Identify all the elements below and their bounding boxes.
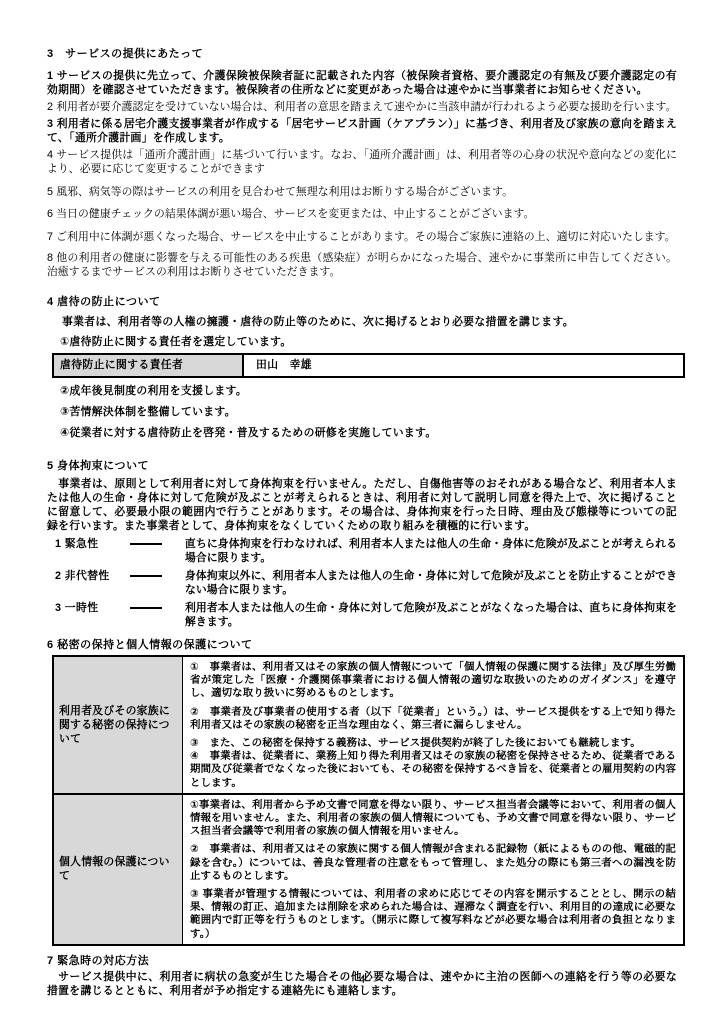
dash-line <box>130 575 162 577</box>
confidentiality-paragraph-2: ② 事業者及び事業者の使用する者（以下「従業者」という。）は、サービス提供をする… <box>190 706 676 732</box>
s3-paragraph-7: 7 ご利用中に体調が悪くなった場合、サービスを中止することがあります。その場合ご… <box>47 230 677 244</box>
s3-paragraph-4: 4 サービス提供は「通所介護計画」に基づいて行います。なお、「通所介護計画」は、… <box>47 148 677 176</box>
restraint-condition-row-2: 2 非代替性 身体拘束以外に、利用者本人または他人の生命・身体に対して危険が及ぶ… <box>47 569 677 597</box>
section-6-heading: 6 秘密の保持と個人情報の保護について <box>47 638 677 652</box>
restraint-condition-desc: 利用者本人または他人の生命・身体に対して危険が及ぶことがなくなった場合は、直ちに… <box>185 601 677 629</box>
s3-paragraph-3: 3 利用者に係る居宅介護支援事業者が作成する「居宅サービス計画（ケアプラン）」に… <box>47 117 677 145</box>
confidentiality-row-content: ① 事業者は、利用者又はその家族の個人情報について「個人情報の保護に関する法律」… <box>183 657 683 793</box>
abuse-item-3: ③苦情解決体制を整備しています。 <box>60 405 677 419</box>
personal-info-paragraph-2: ② 事業者は、利用者又はその家族に関する個人情報が含まれる記録物（紙によるものの… <box>190 843 676 883</box>
restraint-condition-label: 2 非代替性 <box>47 569 130 583</box>
section-3: 3 サービスの提供にあたって 1 サービスの提供に先立って、介護保険被保険者証に… <box>47 47 677 279</box>
restraint-intro: 事業者は、原則として利用者に対して身体拘束を行いません。ただし、自傷他害等のおそ… <box>47 477 677 533</box>
restraint-condition-desc: 直ちに身体拘束を行わなければ、利用者本人または他人の生命・身体に危険が及ぶことが… <box>185 537 677 565</box>
section-4: 4 虐待の防止について 事業者は、利用者等の人権の擁護・虐待の防止等のために、次… <box>47 295 677 440</box>
confidentiality-paragraph-3: ③ また、この秘密を保持する義務は、サービス提供契約が終了した後においても継続し… <box>190 737 676 750</box>
s3-paragraph-2: 2 利用者が要介護認定を受けていない場合は、利用者の意思を踏まえて速やかに当該申… <box>47 100 677 114</box>
s3-paragraph-1: 1 サービスの提供に先立って、介護保険被保険者証に記載された内容（被保険者資格、… <box>47 69 677 97</box>
confidentiality-paragraph-1: ① 事業者は、利用者又はその家族の個人情報について「個人情報の保護に関する法律」… <box>190 661 676 701</box>
restraint-condition-label: 3 一時性 <box>47 601 130 615</box>
s3-paragraph-6: 6 当日の健康チェックの結果体調が悪い場合、サービスを変更または、中止することが… <box>47 207 677 221</box>
restraint-condition-row-3: 3 一時性 利用者本人または他人の生命・身体に対して危険が及ぶことがなくなった場… <box>47 601 677 629</box>
personal-info-row-label: 個人情報の保護について <box>54 795 183 944</box>
confidentiality-row-label: 利用者及びその家族に関する秘密の保持について <box>54 657 183 793</box>
restraint-condition-row-1: 1 緊急性 直ちに身体拘束を行わなければ、利用者本人または他人の生命・身体に危険… <box>47 537 677 565</box>
page-number: 4 <box>0 973 724 987</box>
section-3-heading: 3 サービスの提供にあたって <box>47 47 677 61</box>
abuse-item-2: ②成年後見制度の利用を支援します。 <box>60 384 677 398</box>
s3-paragraph-5: 5 風邪、病気等の際はサービスの利用を見合わせて無理な利用はお断りする場合がござ… <box>47 185 677 199</box>
abuse-item-1: ①虐待防止に関する責任者を選定しています。 <box>60 335 677 349</box>
section-5: 5 身体拘束について 事業者は、原則として利用者に対して身体拘束を行いません。た… <box>47 459 677 629</box>
confidentiality-row: 利用者及びその家族に関する秘密の保持について ① 事業者は、利用者又はその家族の… <box>54 657 683 793</box>
confidentiality-paragraph-4: ④ 事業者は、従業者に、業務上知り得た利用者又はその家族の秘密を保持させるため、… <box>190 750 676 790</box>
section-5-heading: 5 身体拘束について <box>47 459 677 473</box>
abuse-manager-name-cell: 田山 幸雄 <box>244 355 683 376</box>
privacy-table: 利用者及びその家族に関する秘密の保持について ① 事業者は、利用者又はその家族の… <box>52 655 685 946</box>
section-7-heading: 7 緊急時の対応方法 <box>47 954 677 968</box>
personal-info-paragraph-3: ③ 事業者が管理する情報については、利用者の求めに応じてその内容を開示することと… <box>190 888 676 941</box>
personal-info-row: 個人情報の保護について ①事業者は、利用者から予め文書で同意を得ない限り、サービ… <box>54 793 683 944</box>
abuse-manager-table: 虐待防止に関する責任者 田山 幸雄 <box>52 353 685 378</box>
personal-info-paragraph-1: ①事業者は、利用者から予め文書で同意を得ない限り、サービス担当者会議等において、… <box>190 799 676 839</box>
section-6: 6 秘密の保持と個人情報の保護について 利用者及びその家族に関する秘密の保持につ… <box>47 638 677 946</box>
personal-info-row-content: ①事業者は、利用者から予め文書で同意を得ない限り、サービス担当者会議等において、… <box>183 795 683 944</box>
dash-line <box>130 607 162 609</box>
document-page: 3 サービスの提供にあたって 1 サービスの提供に先立って、介護保険被保険者証に… <box>0 0 724 1024</box>
abuse-manager-label-cell: 虐待防止に関する責任者 <box>54 355 244 376</box>
section-4-heading: 4 虐待の防止について <box>47 295 677 309</box>
s3-paragraph-8: 8 他の利用者の健康に影響を与える可能性のある疾患（感染症）が明らかになった場合… <box>47 251 677 279</box>
abuse-item-4: ④従業者に対する虐待防止を啓発・普及するための研修を実施しています。 <box>60 426 677 440</box>
restraint-condition-label: 1 緊急性 <box>47 537 130 551</box>
dash-line <box>130 543 162 545</box>
restraint-condition-desc: 身体拘束以外に、利用者本人または他人の生命・身体に対して危険が及ぶことを防止する… <box>185 569 677 597</box>
abuse-prevention-intro: 事業者は、利用者等の人権の擁護・虐待の防止等のために、次に掲げるとおり必要な措置… <box>62 315 677 329</box>
